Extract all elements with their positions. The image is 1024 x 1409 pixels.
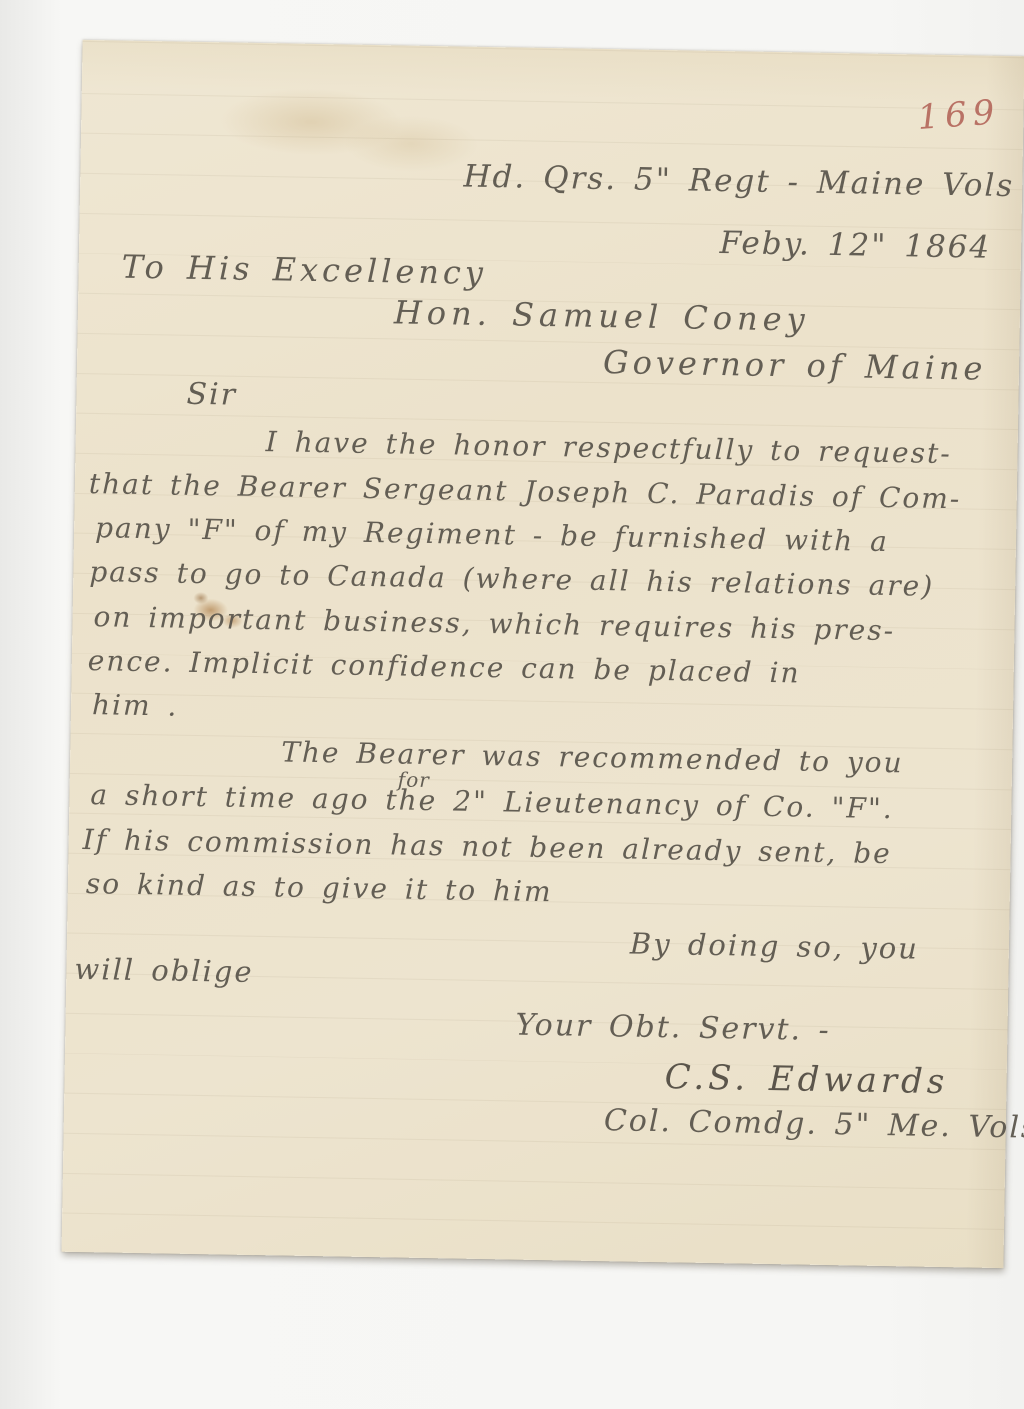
body-line: that the Bearer Sergeant Joseph C. Parad… — [89, 467, 962, 515]
body-line: so kind as to give it to him — [86, 867, 553, 908]
closing-line: will oblige — [74, 952, 254, 989]
signature-title: Col. Comdg. 5" Me. Vols — [604, 1103, 1024, 1146]
signature-name: C.S. Edwards — [664, 1057, 948, 1102]
body-line: a short time ago the 2" Lieutenancy of C… — [90, 778, 894, 825]
body-line: pany "F" of my Regiment - be furnished w… — [95, 511, 889, 558]
scanner-background: 169 Hd. Qrs. 5" Regt - Maine Vols Feby. … — [0, 0, 1024, 1409]
address-recipient-title: Governor of Maine — [603, 343, 987, 388]
body-line: on important business, which requires hi… — [93, 600, 895, 647]
address-recipient-name: Hon. Samuel Coney — [394, 293, 810, 338]
body-line: I have the honor respectfully to request… — [265, 425, 952, 470]
body-line: pass to go to Canada (where all his rela… — [89, 555, 934, 603]
letter-page: 169 Hd. Qrs. 5" Regt - Maine Vols Feby. … — [61, 40, 1024, 1268]
address-excellency-line: To His Excellency — [121, 248, 487, 292]
body-line: If his commission has not been already s… — [82, 823, 892, 870]
body-line: him . — [92, 688, 179, 723]
header-date-line: Feby. 12" 1864 — [719, 225, 991, 266]
salutation: Sir — [186, 377, 237, 413]
header-regiment-line: Hd. Qrs. 5" Regt - Maine Vols — [463, 159, 1014, 205]
closing-valediction: Your Obt. Servt. - — [515, 1008, 831, 1048]
closing-line: By doing so, you — [630, 927, 920, 966]
body-line: ence. Implicit confidence can be placed … — [88, 644, 801, 689]
body-line: The Bearer was recommended to you — [281, 735, 904, 779]
archive-page-number: 169 — [916, 92, 1001, 138]
